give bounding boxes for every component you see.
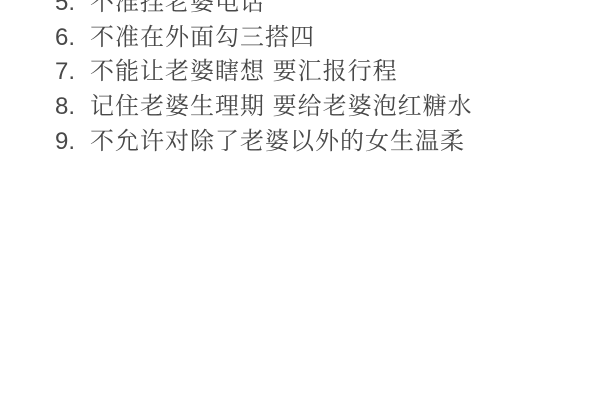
list-item: 6. 不准在外面勾三搭四 — [55, 21, 473, 56]
list-item: 7. 不能让老婆瞎想 要汇报行程 — [55, 55, 473, 90]
list-item-number: 5. — [55, 0, 90, 21]
list-item: 5. 不准挂老婆电话 — [55, 0, 473, 21]
list-item-number: 9. — [55, 125, 90, 160]
list-item-number: 7. — [55, 55, 90, 90]
list-item-number: 6. — [55, 21, 90, 56]
list-item-text: 不准挂老婆电话 — [90, 0, 265, 21]
list-item: 9. 不允许对除了老婆以外的女生温柔 — [55, 125, 473, 160]
list-item-text: 不准在外面勾三搭四 — [90, 21, 315, 56]
list-item-text: 不允许对除了老婆以外的女生温柔 — [90, 125, 465, 160]
list-item-text: 不能让老婆瞎想 要汇报行程 — [90, 55, 398, 90]
list-item-number: 8. — [55, 90, 90, 125]
list-item-text: 记住老婆生理期 要给老婆泡红糖水 — [90, 90, 473, 125]
rule-list: 5. 不准挂老婆电话 6. 不准在外面勾三搭四 7. 不能让老婆瞎想 要汇报行程… — [55, 0, 473, 160]
list-item: 8. 记住老婆生理期 要给老婆泡红糖水 — [55, 90, 473, 125]
